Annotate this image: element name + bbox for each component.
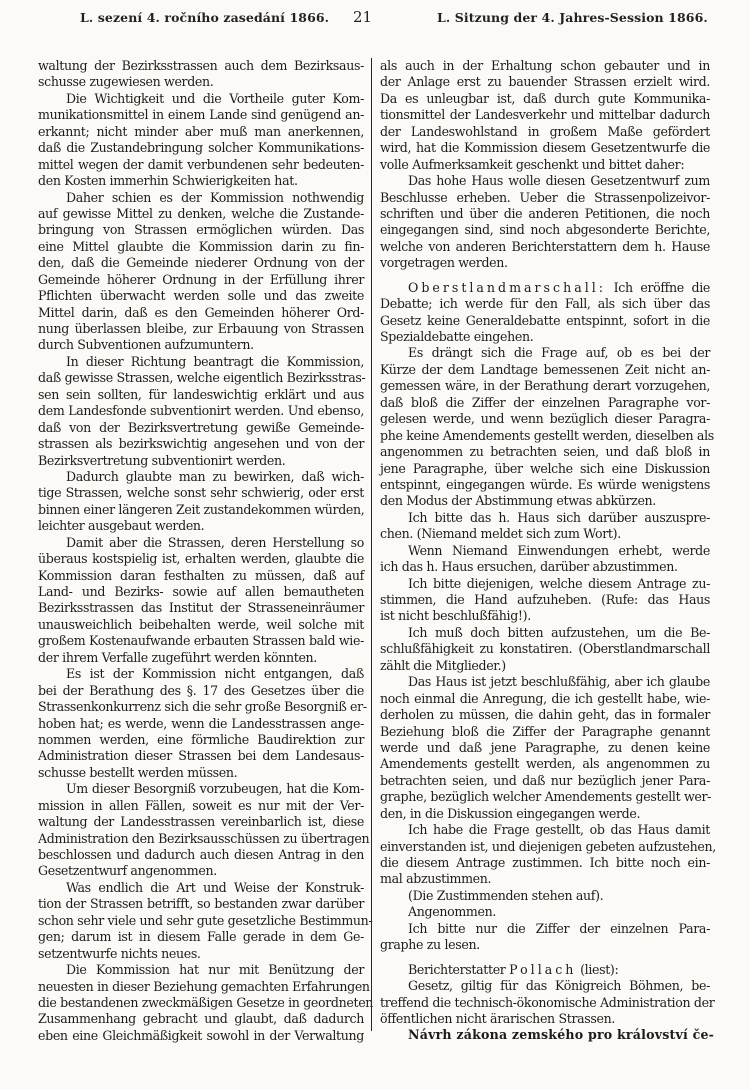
text-line: Es ist der Kommission nicht entgangen, d… <box>38 666 364 682</box>
text-line: daß gewisse Strassen, welche eigentlich … <box>38 370 364 386</box>
speaker-name: Pollach <box>509 962 576 977</box>
speech-text: (liest): <box>576 962 618 977</box>
right-column: als auch in der Erhaltung schon gebauter… <box>380 58 710 1044</box>
text-line: Wenn Niemand Einwendungen erhebt, werde <box>380 543 710 559</box>
text-line: graphe, bezüglich welcher Amendements ge… <box>380 789 710 805</box>
text-line: beschlossen und dadurch auch diesen Antr… <box>38 847 364 863</box>
text-line: Pflichten überwacht werden solle und das… <box>38 288 364 304</box>
text-line: Návrh zákona zemského pro království če- <box>380 1027 710 1043</box>
text-line: mal abzustimmen. <box>380 871 710 887</box>
text-line: den, in die Diskussion eingegangen werde… <box>380 806 710 822</box>
text-line: volle Aufmerksamkeit geschenkt und bitte… <box>380 157 710 173</box>
text-line: Was endlich die Art und Weise der Konstr… <box>38 880 364 896</box>
text-line: tion der Strassen betrifft, so bestanden… <box>38 896 364 912</box>
text-line: bringung von Strassen ermöglichen würden… <box>38 222 364 238</box>
text-line: (Die Zustimmenden stehen auf). <box>380 888 710 904</box>
text-line: den Kosten immerhin Schwierigkeiten hat. <box>38 173 364 189</box>
text-line: schriften und über die anderen Petitione… <box>380 206 710 222</box>
text-line: überaus kostspielig ist, erhalten werden… <box>38 551 364 567</box>
text-line: Daher schien es der Kommission nothwendi… <box>38 190 364 206</box>
speech-text: Ich eröffne die <box>606 280 710 295</box>
text-line: der Anlage erst zu bauender Strassen erz… <box>380 74 710 90</box>
text-line: den, daß die Gemeinde niederer Ordnung v… <box>38 255 364 271</box>
text-line: Beschlusse erheben. Ueber die Strassenpo… <box>380 190 710 206</box>
text-line: betrachten seien, und daß nur bezüglich … <box>380 773 710 789</box>
column-divider <box>371 58 372 1031</box>
text-line: durch Subventionen aufzumuntern. <box>38 337 364 353</box>
text-line: ist nicht beschlußfähig!). <box>380 608 710 624</box>
text-line: entspinnt, eingegangen würde. Es würde w… <box>380 477 710 493</box>
text-line: Oberstlandmarschall: Ich eröffne die <box>380 280 710 296</box>
text-line: waltung der Landesstrassen vereinbarlich… <box>38 814 364 830</box>
text-line: neuesten in dieser Beziehung gemachten E… <box>38 979 364 995</box>
text-line: Das hohe Haus wolle diesen Gesetzentwurf… <box>380 173 710 189</box>
text-line: ich das h. Haus ersuchen, darüber abzust… <box>380 559 710 575</box>
text-line: noch einmal die Anregung, die ich gestel… <box>380 691 710 707</box>
text-line: Ich bitte nur die Ziffer der einzelnen P… <box>380 921 710 937</box>
text-line: Administration den Bezirksausschüssen zu… <box>38 831 364 847</box>
paragraph-gap <box>380 272 710 280</box>
text-line: Amendements gestellt werden, als angenom… <box>380 756 710 772</box>
text-line: die bestandenen zweckmäßigen Gesetze in … <box>38 995 364 1011</box>
text-line: Um dieser Besorgniß vorzubeugen, hat die… <box>38 781 364 797</box>
text-line: Kürze der dem Landtage bemessenen Zeit n… <box>380 362 710 378</box>
text-line: Mittel darin, daß es den Gemeinden höher… <box>38 305 364 321</box>
text-line: vorgetragen werden. <box>380 255 710 271</box>
speaker-role: Berichterstatter <box>408 962 509 977</box>
text-line: graphe zu lesen. <box>380 937 710 953</box>
text-line: welche von anderen Berichterstattern dem… <box>380 239 710 255</box>
text-line: tionsmittel der Landesverkehr und mittel… <box>380 107 710 123</box>
text-line: strassen als bezirkswichtig angesehen un… <box>38 436 364 452</box>
text-line: Ich muß doch bitten aufzustehen, um die … <box>380 625 710 641</box>
text-line: sen sein sollten, für landeswichtig erkl… <box>38 387 364 403</box>
text-line: Kommission daran festhalten zu müssen, d… <box>38 568 364 584</box>
text-line: derholen zu müssen, die dahin geht, das … <box>380 707 710 723</box>
text-line: schon sehr viele und sehr gute gesetzlic… <box>38 913 364 929</box>
text-line: Die Wichtigkeit und die Vortheile guter … <box>38 91 364 107</box>
text-line: Gesetz keine Generaldebatte entspinnt, s… <box>380 313 710 329</box>
text-line: daß bloß die Ziffer der einzelnen Paragr… <box>380 395 710 411</box>
text-line: Land- und Bezirks- sowie auf allen bemau… <box>38 584 364 600</box>
text-line: Dadurch glaubte man zu bewirken, daß wic… <box>38 469 364 485</box>
text-line: mittel wegen der damit verbundenen sehr … <box>38 157 364 173</box>
text-line: Administration dieser Strassen bei dem L… <box>38 748 364 764</box>
text-line: treffend die technisch-ökonomische Admin… <box>380 995 710 1011</box>
text-line: schlußfähigkeit zu konstatiren. (Oberstl… <box>380 641 710 657</box>
text-line: tige Strassen, welche sonst sehr schwier… <box>38 485 364 501</box>
text-line: unausweichlich beibehalten werde, weil s… <box>38 617 364 633</box>
text-line: Die Kommission hat nur mit Benützung der <box>38 962 364 978</box>
text-line: wird, hat die Kommission diesem Gesetzen… <box>380 140 710 156</box>
text-line: schusse zugewiesen werden. <box>38 74 364 90</box>
text-line: hoben hat; es werde, wenn die Landesstra… <box>38 716 364 732</box>
left-column: waltung der Bezirksstrassen auch dem Bez… <box>38 58 364 1044</box>
text-line: nommen werden, eine förmliche Baudirekti… <box>38 732 364 748</box>
text-line: als auch in der Erhaltung schon gebauter… <box>380 58 710 74</box>
text-line: der Landeswohlstand in großem Maße geför… <box>380 124 710 140</box>
text-line: Ich bitte das h. Haus sich darüber auszu… <box>380 510 710 526</box>
text-line: erkannt; nicht minder aber muß man anerk… <box>38 124 364 140</box>
text-line: daß von der Bezirksvertretung gewiße Gem… <box>38 420 364 436</box>
text-line: Berichterstatter Pollach (liest): <box>380 962 710 978</box>
header-german: L. Sitzung der 4. Jahres-Session 1866. <box>437 10 708 25</box>
text-line: öffentlichen nicht ärarischen Strassen. <box>380 1011 710 1027</box>
text-line: Da es unleugbar ist, daß durch gute Komm… <box>380 91 710 107</box>
text-line: Spezialdebatte eingehen. <box>380 329 710 345</box>
text-line: Beziehung bloß die Ziffer der Paragraphe… <box>380 724 710 740</box>
speaker-name: Oberstlandmarschall: <box>408 280 606 295</box>
text-line: gelesen werde, und wenn bezüglich dieser… <box>380 411 710 427</box>
text-line: mission in allen Fällen, soweit es nur m… <box>38 798 364 814</box>
text-line: munikationsmittel in einem Lande sind ge… <box>38 107 364 123</box>
text-line: zählt die Mitglieder.) <box>380 658 710 674</box>
header-czech: L. sezení 4. ročního zasedání 1866. <box>80 10 329 25</box>
text-line: Ich habe die Frage gestellt, ob das Haus… <box>380 822 710 838</box>
text-line: auf gewisse Mittel zu denken, welche die… <box>38 206 364 222</box>
text-line: die diesem Antrage zustimmen. Ich bitte … <box>380 855 710 871</box>
text-line: Bezirksvertretung subventionirt werden. <box>38 453 364 469</box>
text-line: gemessen wäre, in der Berathung derart v… <box>380 378 710 394</box>
text-line: Debatte; ich werde für den Fall, als sic… <box>380 296 710 312</box>
document-page: L. sezení 4. ročního zasedání 1866. 21 L… <box>0 0 750 1089</box>
text-line: den Modus der Abstimmung etwas abkürzen. <box>380 493 710 509</box>
text-line: setzentwurfe nichts neues. <box>38 946 364 962</box>
text-line: einverstanden ist, und diejenigen gebete… <box>380 839 710 855</box>
text-line: Gesetz, giltig für das Königreich Böhmen… <box>380 978 710 994</box>
text-line: waltung der Bezirksstrassen auch dem Bez… <box>38 58 364 74</box>
text-line: jene Paragraphe, über welche sich eine D… <box>380 461 710 477</box>
text-line: Das Haus ist jetzt beschlußfähig, aber i… <box>380 674 710 690</box>
text-line: binnen einer längeren Zeit zustandekomme… <box>38 502 364 518</box>
text-line: Gesetzentwurf angenommen. <box>38 863 364 879</box>
text-line: Bezirksstrassen das Institut der Strasse… <box>38 600 364 616</box>
text-line: angenommen zu betrachten seien, und daß … <box>380 444 710 460</box>
text-line: Strassenkonkurrenz sich die sehr große B… <box>38 699 364 715</box>
text-line: stimmen, die Hand aufzuheben. (Rufe: das… <box>380 592 710 608</box>
text-line: chen. (Niemand meldet sich zum Wort). <box>380 526 710 542</box>
page-number: 21 <box>353 8 372 26</box>
paragraph-gap <box>380 954 710 962</box>
text-line: Angenommen. <box>380 904 710 920</box>
text-line: eine Mittel glaubte die Kommission darin… <box>38 239 364 255</box>
text-line: gen; darum ist in diesem Falle gerade in… <box>38 929 364 945</box>
text-line: In dieser Richtung beantragt die Kommiss… <box>38 354 364 370</box>
text-line: leichter ausgebaut werden. <box>38 518 364 534</box>
text-line: Es drängt sich die Frage auf, ob es bei … <box>380 345 710 361</box>
text-line: Damit aber die Strassen, deren Herstellu… <box>38 535 364 551</box>
text-line: dem Landesfonde subventionirt werden. Un… <box>38 403 364 419</box>
text-line: schusse bestellt werden müssen. <box>38 765 364 781</box>
text-line: der ihrem Verfalle zugeführt werden könn… <box>38 650 364 666</box>
page-header: L. sezení 4. ročního zasedání 1866. 21 L… <box>0 6 750 30</box>
text-line: eingegangen sind, sind noch abgesonderte… <box>380 222 710 238</box>
text-line: phe keine Amendements gestellt werden, d… <box>380 428 710 444</box>
text-line: werde und daß jene Paragraphe, zu denen … <box>380 740 710 756</box>
text-line: großem Kostenaufwande erbauten Strassen … <box>38 633 364 649</box>
text-line: Ich bitte diejenigen, welche diesem Antr… <box>380 576 710 592</box>
text-line: nung überlassen bleibe, zur Erbauung von… <box>38 321 364 337</box>
text-line: Gemeinde höherer Ordnung in der Erfüllun… <box>38 272 364 288</box>
text-line: Zusammenhang gebracht und glaubt, daß da… <box>38 1011 364 1027</box>
text-line: daß die Zustandebringung solcher Kommuni… <box>38 140 364 156</box>
text-line: bei der Berathung des §. 17 des Gesetzes… <box>38 683 364 699</box>
text-line: eben eine Gleichmäßigkeit sowohl in der … <box>38 1028 364 1044</box>
